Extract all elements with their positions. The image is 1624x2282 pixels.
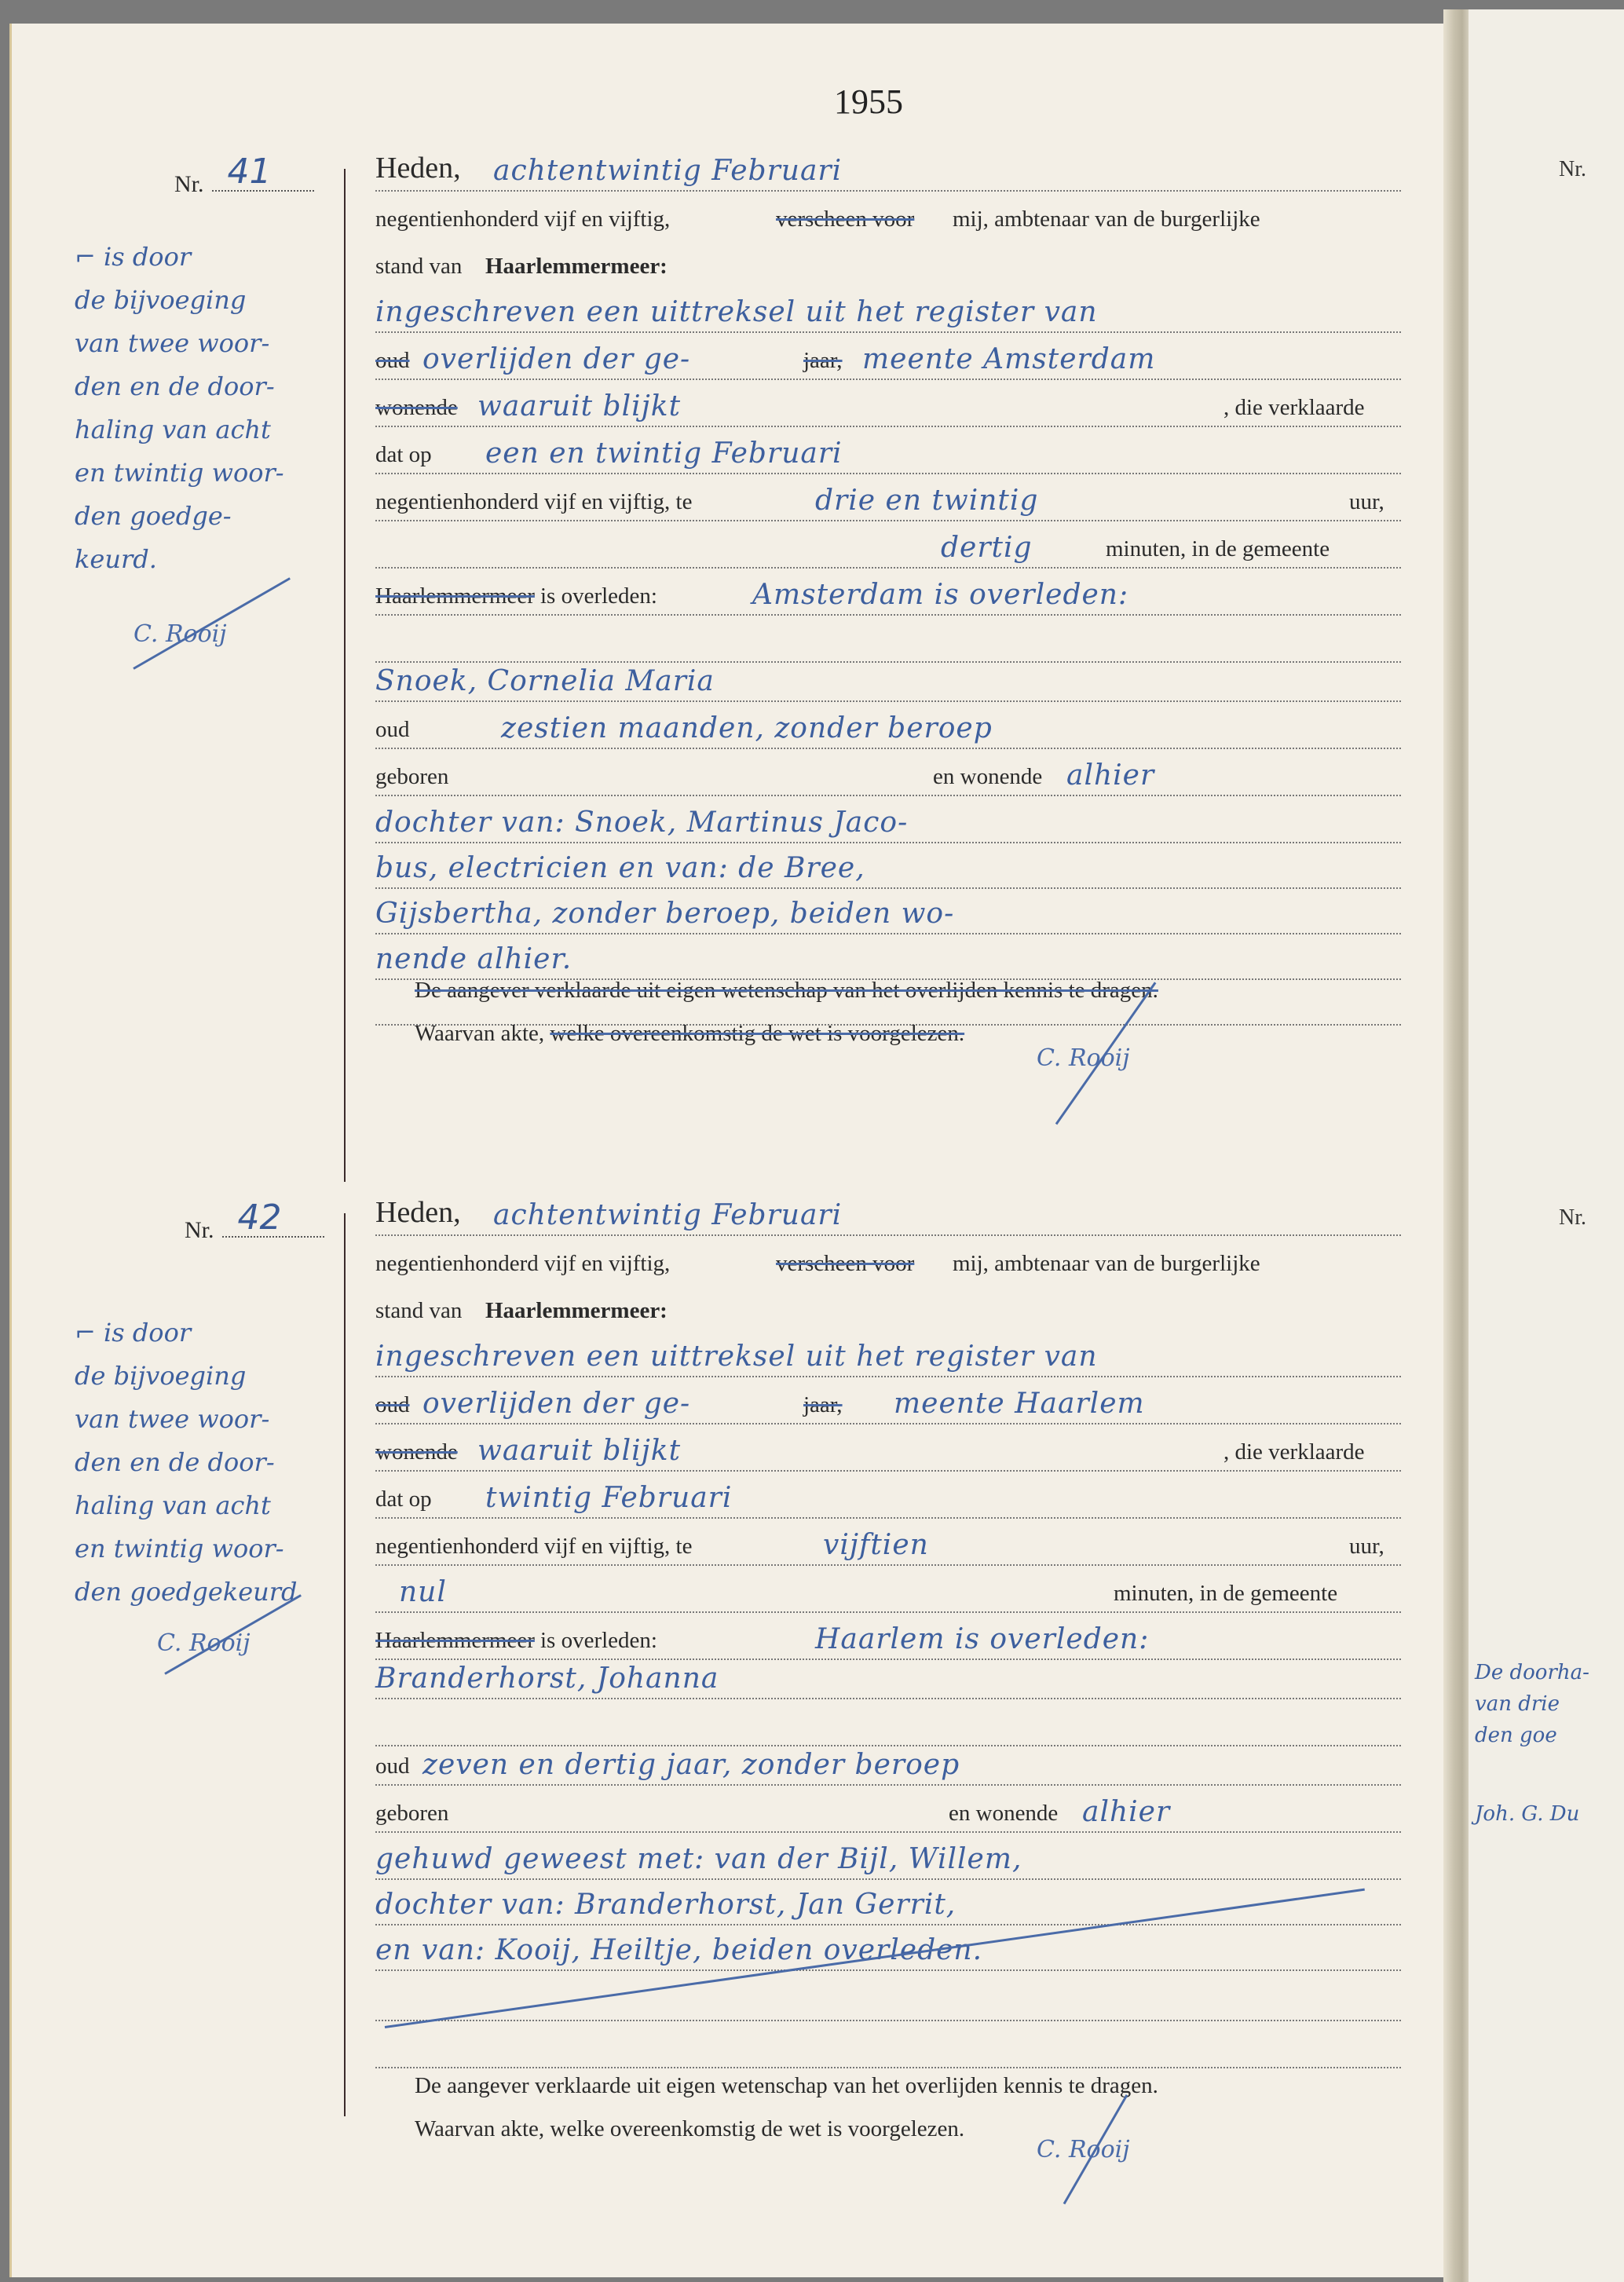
form-line: negentienhonderd vijf en vijftig, versch… <box>375 1241 1401 1282</box>
form-line <box>375 2026 1401 2068</box>
form-line: ingeschreven een uittreksel uit het regi… <box>375 1335 1401 1377</box>
official-signature: C. Rooij <box>1037 2136 1130 2163</box>
form-line: wonende waaruit blijkt , die verklaarde <box>375 1429 1401 1472</box>
form-line: Haarlemmermeer is overleden: Haarlem is … <box>375 1618 1401 1660</box>
age-line: oud zestien maanden, zonder beroep <box>375 707 1401 749</box>
closing-statement: Waarvan akte, welke overeenkomstig de we… <box>415 2116 964 2142</box>
form-line: nende alhier. <box>375 938 1401 980</box>
margin-note: ⌐ is doorde bijvoegingvan twee woor-den … <box>75 236 334 581</box>
form-line: gehuwd geweest met: van der Bijl, Willem… <box>375 1838 1401 1880</box>
facing-note-line: De doorha- <box>1475 1657 1589 1688</box>
form-line <box>375 1704 1401 1746</box>
margin-note-line: van twee woor- <box>75 322 334 365</box>
facing-margin-note: De doorha-van drieden goe <box>1475 1657 1589 1751</box>
page-year: 1955 <box>834 82 903 122</box>
facing-entry-number: Nr. <box>1559 157 1586 182</box>
form-line: dertig minuten, in de gemeente <box>375 526 1401 569</box>
margin-note-line: keurd. <box>75 538 334 581</box>
facing-entry-number: Nr. <box>1559 1205 1586 1231</box>
form-line: dochter van: Snoek, Martinus Jaco- <box>375 801 1401 843</box>
margin-signature: C. Rooij <box>134 620 227 648</box>
entry-number: Nr.42 <box>185 1217 324 1244</box>
heden-line: Heden, achtentwintig Februari <box>375 149 1401 192</box>
form-line: nul minuten, in de gemeente <box>375 1571 1401 1613</box>
closing-statement: Waarvan akte, welke overeenkomstig de we… <box>415 1021 964 1047</box>
margin-note-line: de bijvoeging <box>75 279 334 322</box>
form-line: bus, electricien en van: de Bree, <box>375 847 1401 889</box>
form-line <box>375 1979 1401 2021</box>
form-line: dat op twintig Februari <box>375 1476 1401 1519</box>
margin-note-line: en twintig woor- <box>75 452 334 495</box>
column-divider <box>344 169 346 1182</box>
margin-note-line: ⌐ is door <box>75 236 334 279</box>
deceased-name-line: Snoek, Cornelia Maria <box>375 660 1401 702</box>
facing-note-line: den goe <box>1475 1720 1589 1751</box>
margin-note-line: den goedgekeurd <box>75 1571 334 1614</box>
heden-line: Heden, achtentwintig Februari <box>375 1194 1401 1236</box>
margin-note-line: haling van acht <box>75 408 334 452</box>
facing-page <box>1469 9 1624 2282</box>
form-line: oud overlijden der ge- jaar, meente Haar… <box>375 1382 1401 1424</box>
margin-note-line: den en de door- <box>75 365 334 408</box>
facing-signature: Joh. G. Du <box>1475 1798 1579 1830</box>
form-line <box>375 620 1401 663</box>
margin-note-line: den goedge- <box>75 495 334 538</box>
facing-note-line: van drie <box>1475 1688 1589 1720</box>
birth-line: geboren en wonende alhier <box>375 1790 1401 1833</box>
margin-note-line: de bijvoeging <box>75 1355 334 1398</box>
column-divider <box>344 1213 346 2116</box>
form-line: wonende waaruit blijkt , die verklaarde <box>375 385 1401 427</box>
declaration-statement: De aangever verklaarde uit eigen wetensc… <box>415 978 1158 1004</box>
margin-note: ⌐ is doorde bijvoegingvan twee woor-den … <box>75 1311 334 1614</box>
official-signature: C. Rooij <box>1037 1044 1130 1072</box>
declaration-statement: De aangever verklaarde uit eigen wetensc… <box>415 2073 1158 2099</box>
margin-note-line: den en de door- <box>75 1441 334 1484</box>
book-spine <box>1443 9 1470 2282</box>
form-line: oud overlijden der ge- jaar, meente Amst… <box>375 338 1401 380</box>
birth-line: geboren en wonende alhier <box>375 754 1401 796</box>
margin-note-line: haling van acht <box>75 1484 334 1527</box>
form-line: dat op een en twintig Februari <box>375 432 1401 474</box>
margin-note-line: ⌐ is door <box>75 1311 334 1355</box>
margin-note-line: en twintig woor- <box>75 1527 334 1571</box>
entry-number: Nr.41 <box>174 171 314 198</box>
form-line: negentienhonderd vijf en vijftig, te vij… <box>375 1523 1401 1566</box>
deceased-name-line: Branderhorst, Johanna <box>375 1657 1401 1699</box>
age-line: oud zeven en dertig jaar, zonder beroep <box>375 1743 1401 1786</box>
form-line: Haarlemmermeer is overleden: Amsterdam i… <box>375 573 1401 616</box>
form-line: en van: Kooij, Heiltje, beiden overleden… <box>375 1929 1401 1971</box>
form-line: stand van Haarlemmermeer: <box>375 1288 1401 1329</box>
form-line: Gijsbertha, zonder beroep, beiden wo- <box>375 892 1401 934</box>
form-line: stand van Haarlemmermeer: <box>375 243 1401 284</box>
form-line: negentienhonderd vijf en vijftig, versch… <box>375 196 1401 237</box>
margin-note-line: van twee woor- <box>75 1398 334 1441</box>
form-line: ingeschreven een uittreksel uit het regi… <box>375 291 1401 333</box>
form-line: negentienhonderd vijf en vijftig, te dri… <box>375 479 1401 521</box>
